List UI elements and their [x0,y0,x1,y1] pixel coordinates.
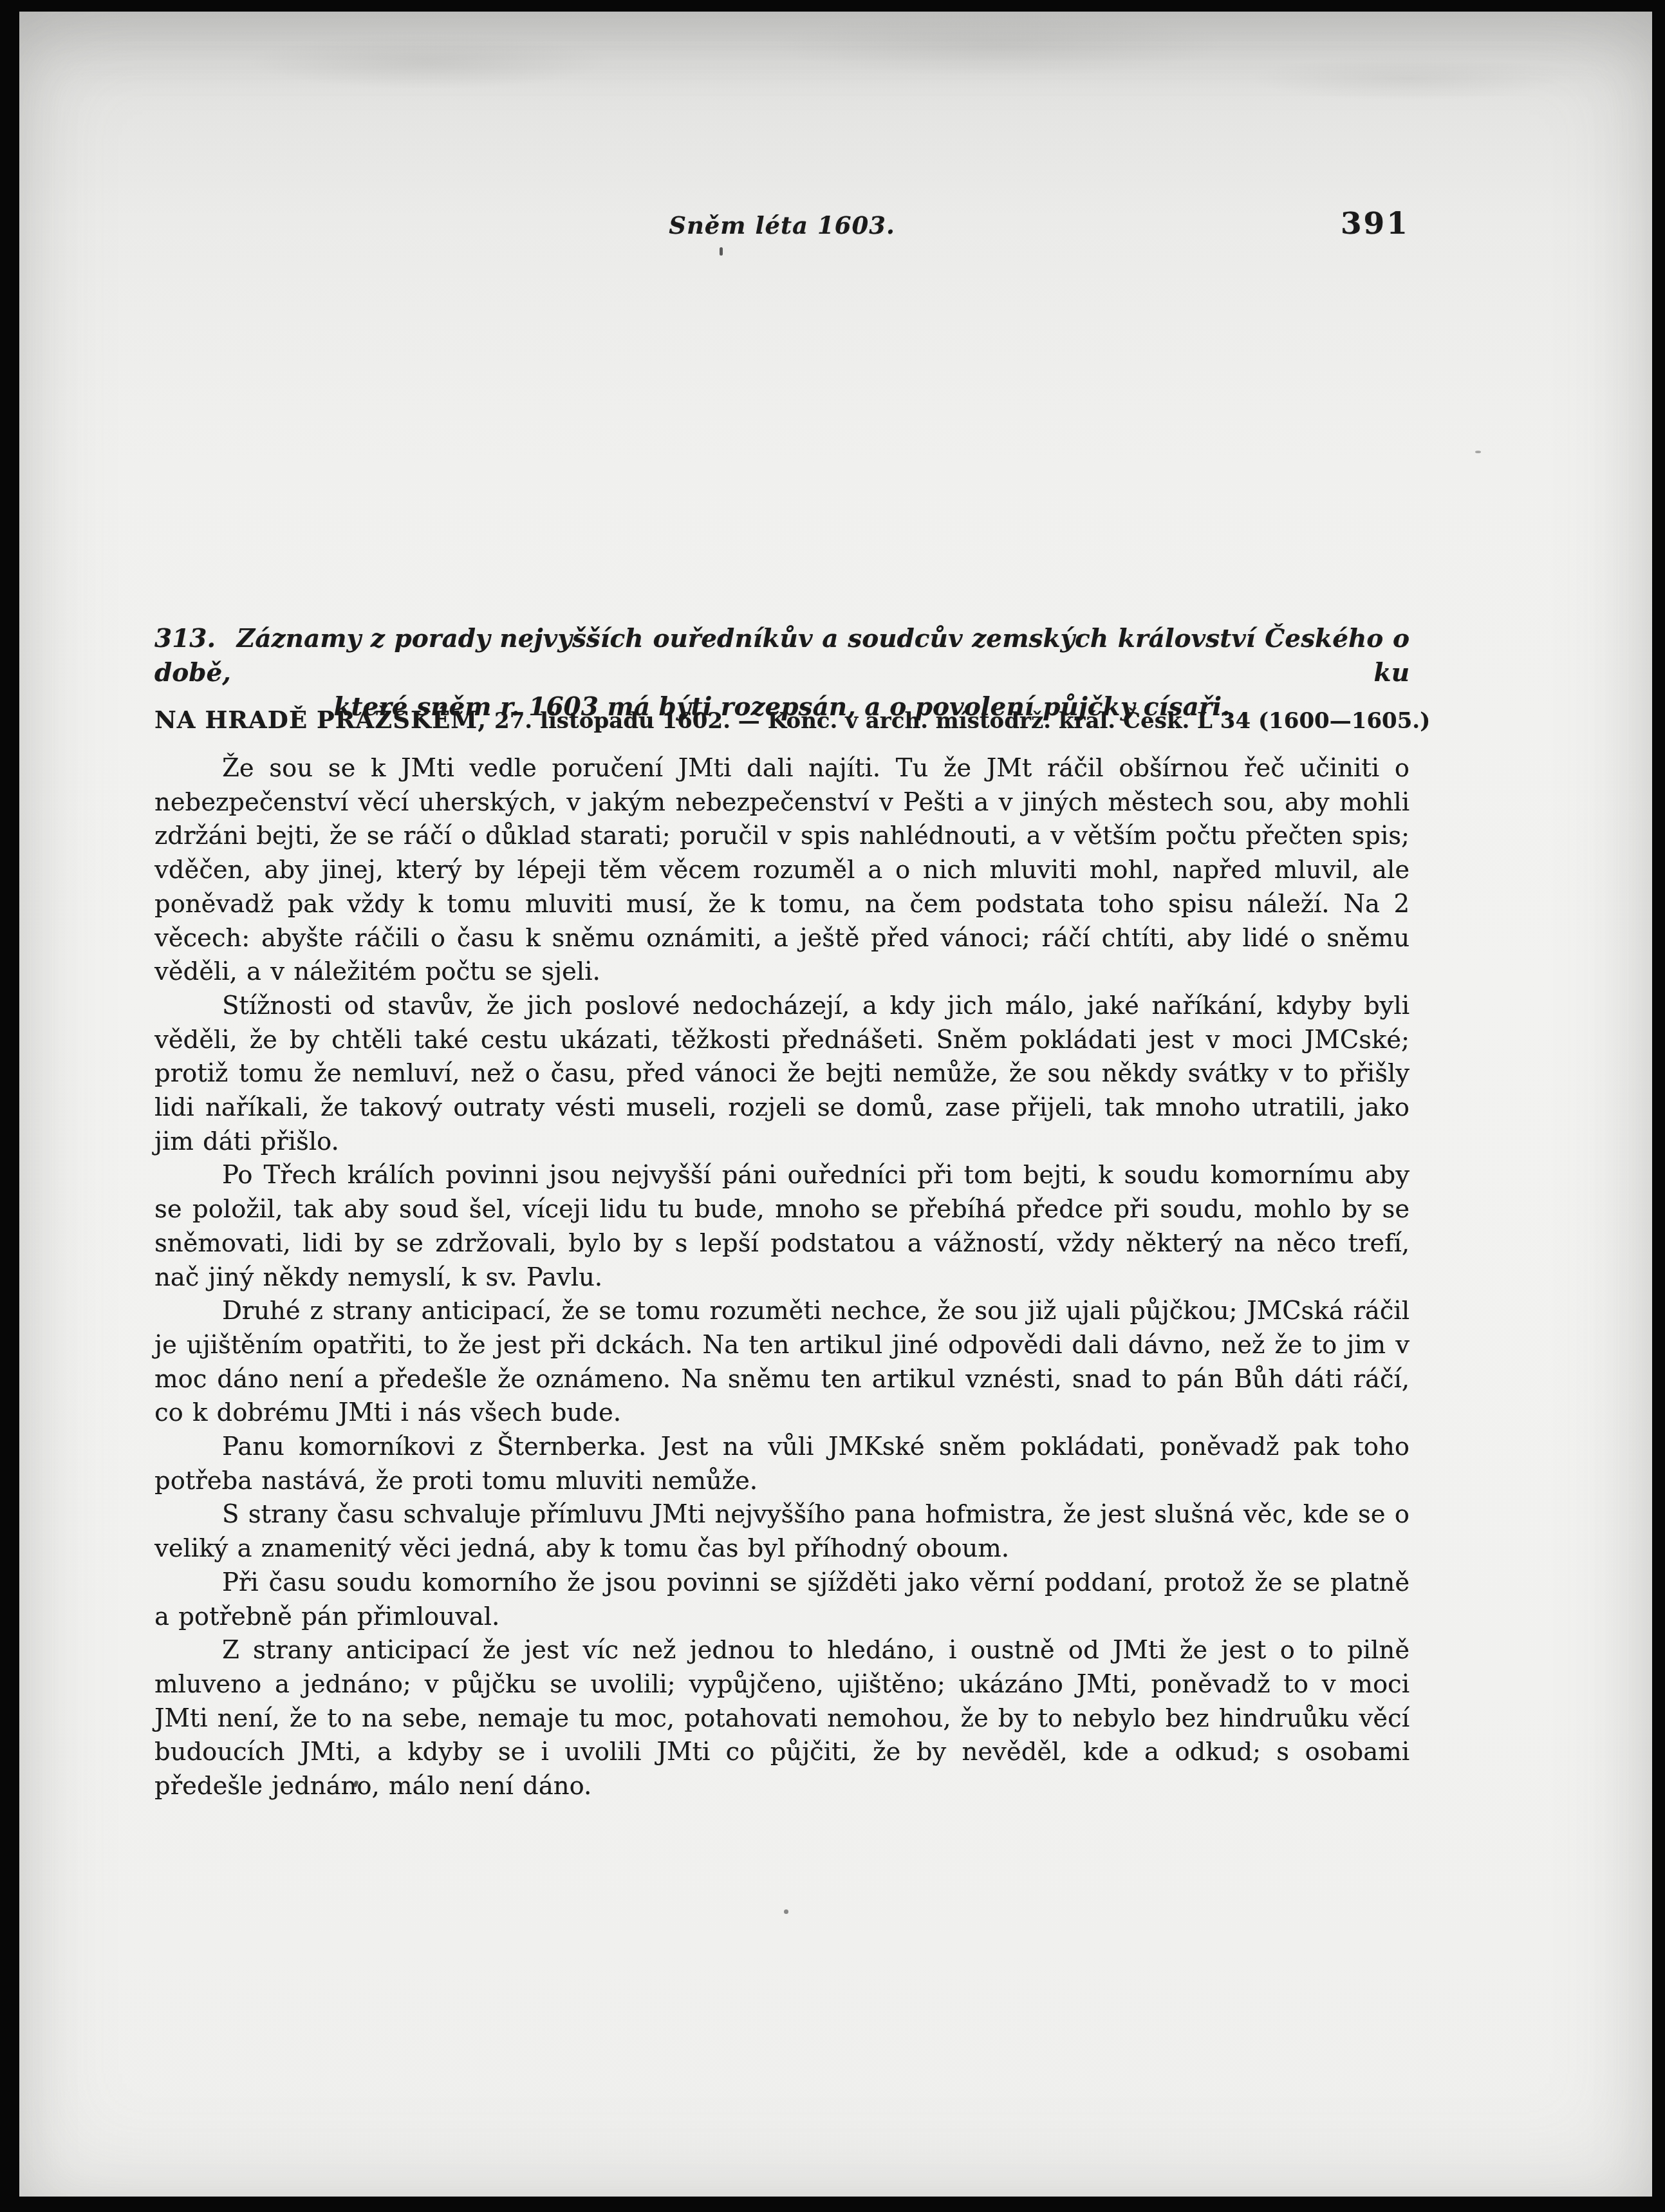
paragraph-2: Stížnosti od stavův, že jich poslové ned… [154,989,1409,1159]
section-number: 313. [154,624,227,653]
paragraph-5: Panu komorníkovi z Šternberka. Jest na v… [154,1430,1409,1498]
page-number: 391 [1341,206,1409,241]
scan-speck [1475,451,1481,453]
source-details: 27. listopadu 1602. — Konc. v arch. míst… [487,708,1430,734]
paragraph-6: S strany času schvaluje přímluvu JMti ne… [154,1498,1409,1566]
section-title-line1-wrap: 313. Záznamy z porady nejvyšších ouřední… [154,622,1409,690]
paragraph-3: Po Třech králích povinni jsou nejvyšší p… [154,1159,1409,1295]
running-header-title: Sněm léta 1603. [154,205,1409,239]
scanned-book-page: Sněm léta 1603. 391 313. Záznamy z porad… [0,0,1665,2212]
section-title-line1: Záznamy z porady nejvyšších ouředníkův a… [154,624,1409,688]
scan-speck [784,1909,788,1914]
paragraph-4: Druhé z strany anticipací, že se tomu ro… [154,1295,1409,1430]
document-body: Že sou se k JMti vedle poručení JMti dal… [154,752,1409,1804]
source-line: NA HRADĚ PRAŽSKÉM, 27. listopadu 1602. —… [154,706,1409,734]
paragraph-1: Že sou se k JMti vedle poručení JMti dal… [154,752,1409,989]
paragraph-7: Při času soudu komorního že jsou povinni… [154,1566,1409,1634]
running-header: Sněm léta 1603. 391 [154,205,1409,250]
page-surface: Sněm léta 1603. 391 313. Záznamy z porad… [19,12,1652,2197]
source-place: NA HRADĚ PRAŽSKÉM, [154,706,487,734]
paragraph-8: Z strany anticipací že jest víc než jedn… [154,1634,1409,1804]
